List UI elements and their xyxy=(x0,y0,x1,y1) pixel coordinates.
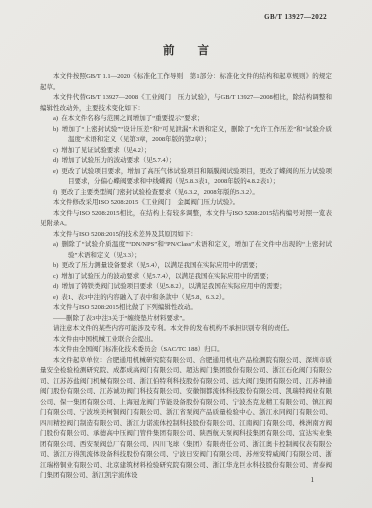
page-title: 前 言 xyxy=(0,42,372,58)
page-number: 1 xyxy=(311,476,315,484)
list-item: d) 增加了铸铁类阀门试验项目要求（见5.8.2），以满足我国在实际应用中的需要… xyxy=(40,282,332,293)
paragraph: 本文件与ISO 5208:2015相比，在结构上有较多调整，本文件与ISO 52… xyxy=(40,209,332,230)
paragraph: 请注意本文件的某些内容可能涉及专利。本文件的发布机构不承担识别专利的责任。 xyxy=(40,324,332,335)
paragraph: 本文件与ISO 5208:2015相比做了下列编辑性改动。 xyxy=(40,303,332,314)
paragraph: 本文件由全国阀门标准化技术委员会（SAC/TC 188）归口。 xyxy=(40,345,332,356)
list-item: c) 增加了见证试验要求（见4.2）； xyxy=(40,146,332,157)
document-page: GB/T 13927—2022 前 言 本文件按照GB/T 1.1—2020《标… xyxy=(0,0,372,508)
paragraph: ——删除了表3中注3关于“缠绕垫片材料要求”。 xyxy=(40,314,332,325)
list-item: d) 增加了试验压力的波动要求（见5.7.4）； xyxy=(40,156,332,167)
paragraph: 本文件起草单位：合肥通用机械研究院有限公司、合肥通用机电产品检测院有限公司、深圳… xyxy=(40,356,332,482)
paragraph: 本文件由中国机械工业联合会提出。 xyxy=(40,335,332,346)
paragraph: 本文件修改采用ISO 5208:2015《工业阀门 金属阀门压力试验》。 xyxy=(40,198,332,209)
paragraph: 本文件按照GB/T 1.1—2020《标准化工作导则 第1部分：标准化文件的结构… xyxy=(40,72,332,93)
list-item: b) 增加了“上密封试验”“设计压差”和“可见泄漏”术语和定义，删除了“允许工作… xyxy=(40,125,332,146)
paragraph: 本文件与ISO 5208:2015的技术差异及其原因如下： xyxy=(40,230,332,241)
paragraph: 本文件代替GB/T 13927—2008《工业阀门 压力试验》，与GB/T 13… xyxy=(40,93,332,114)
list-item: e) 更改了试验项目要求，增加了高压气体试验项目和隔膜阀试验项目，更改了蝶阀的压… xyxy=(40,167,332,188)
list-item: f) 更改了主要类型阀门密封试验检查要求（见6.3.2，2008年版的5.3.2… xyxy=(40,188,332,199)
list-item: a) 在本文件名称与范围之间增加了“重要提示”要求； xyxy=(40,114,332,125)
document-body: 本文件按照GB/T 1.1—2020《标准化工作导则 第1部分：标准化文件的结构… xyxy=(40,72,332,482)
list-item: b) 更改了压力测量设备要求（见5.4），以满足我国在实际应用中的需要； xyxy=(40,261,332,272)
list-item: c) 增加了试验压力的波动要求（见5.7.4），以满足我国在实际应用中的需要； xyxy=(40,272,332,283)
doc-number: GB/T 13927—2022 xyxy=(264,13,327,21)
list-item: a) 删除了“试验介质温度”“DN/NPS”和“PN/Class”术语和定义，增… xyxy=(40,240,332,261)
list-item: e) 表1、表3中注的内容融入了表中和条款中（见5.8、6.3.2）。 xyxy=(40,293,332,304)
